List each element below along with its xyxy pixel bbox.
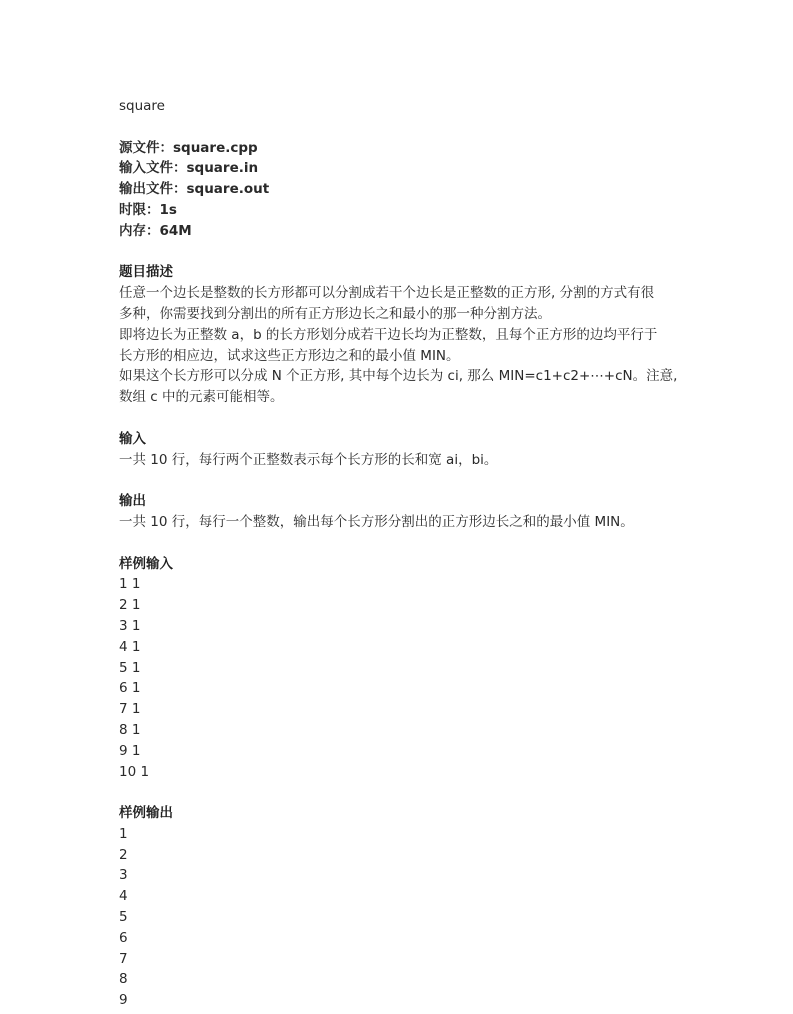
meta-memory-limit: 内存：64M xyxy=(119,221,699,242)
input-heading: 输入 xyxy=(119,429,699,450)
output-section: 输出 一共 10 行，每行一个整数，输出每个长方形分割出的正方形边长之和的最小值… xyxy=(119,491,699,533)
sample-input-heading: 样例输入 xyxy=(119,554,699,575)
sample-output-line: 5 xyxy=(119,907,699,928)
meta-value: square.out xyxy=(187,181,270,197)
document-title: square xyxy=(119,96,699,117)
spacer xyxy=(119,533,699,554)
meta-key: 内存： xyxy=(119,223,160,239)
output-heading: 输出 xyxy=(119,491,699,512)
meta-key: 源文件： xyxy=(119,140,173,156)
description-line: 长方形的相应边，试求这些正方形边之和的最小值 MIN。 xyxy=(119,346,699,367)
meta-key: 输入文件： xyxy=(119,160,187,176)
sample-output-line: 1 xyxy=(119,824,699,845)
description-line: 数组 c 中的元素可能相等。 xyxy=(119,387,699,408)
spacer xyxy=(119,408,699,429)
input-section: 输入 一共 10 行，每行两个正整数表示每个长方形的长和宽 ai，bi。 xyxy=(119,429,699,471)
meta-value: square.in xyxy=(187,160,259,176)
description-heading: 题目描述 xyxy=(119,262,699,283)
sample-input-line: 1 1 xyxy=(119,574,699,595)
sample-input-line: 8 1 xyxy=(119,720,699,741)
sample-input-line: 9 1 xyxy=(119,741,699,762)
sample-output-line: 8 xyxy=(119,969,699,990)
meta-output-file: 输出文件：square.out xyxy=(119,179,699,200)
sample-output-section: 样例输出 1 2 3 4 5 6 7 8 9 xyxy=(119,803,699,1011)
sample-output-line: 3 xyxy=(119,865,699,886)
sample-output-line: 4 xyxy=(119,886,699,907)
document-page: square 源文件：square.cpp 输入文件：square.in 输出文… xyxy=(119,96,699,1011)
meta-input-file: 输入文件：square.in xyxy=(119,158,699,179)
meta-value: square.cpp xyxy=(173,140,258,156)
sample-input-line: 5 1 xyxy=(119,658,699,679)
sample-input-line: 3 1 xyxy=(119,616,699,637)
meta-source-file: 源文件：square.cpp xyxy=(119,138,699,159)
output-text: 一共 10 行，每行一个整数，输出每个长方形分割出的正方形边长之和的最小值 MI… xyxy=(119,512,699,533)
meta-block: 源文件：square.cpp 输入文件：square.in 输出文件：squar… xyxy=(119,138,699,242)
meta-key: 输出文件： xyxy=(119,181,187,197)
spacer xyxy=(119,117,699,138)
sample-input-line: 6 1 xyxy=(119,678,699,699)
description-line: 即将边长为正整数 a，b 的长方形划分成若干边长均为正整数，且每个正方形的边均平… xyxy=(119,325,699,346)
description-section: 题目描述 任意一个边长是整数的长方形都可以分割成若干个边长是正整数的正方形, 分… xyxy=(119,262,699,408)
meta-value: 64M xyxy=(160,223,192,239)
sample-input-section: 样例输入 1 1 2 1 3 1 4 1 5 1 6 1 7 1 8 1 9 1… xyxy=(119,554,699,783)
input-text: 一共 10 行，每行两个正整数表示每个长方形的长和宽 ai，bi。 xyxy=(119,450,699,471)
sample-output-line: 7 xyxy=(119,949,699,970)
spacer xyxy=(119,242,699,263)
description-line: 任意一个边长是整数的长方形都可以分割成若干个边长是正整数的正方形, 分割的方式有… xyxy=(119,283,699,304)
meta-key: 时限： xyxy=(119,202,160,218)
sample-input-line: 2 1 xyxy=(119,595,699,616)
description-line: 如果这个长方形可以分成 N 个正方形, 其中每个边长为 ci, 那么 MIN=c… xyxy=(119,366,699,387)
description-line: 多种，你需要找到分割出的所有正方形边长之和最小的那一种分割方法。 xyxy=(119,304,699,325)
spacer xyxy=(119,470,699,491)
sample-input-line: 10 1 xyxy=(119,762,699,783)
sample-output-heading: 样例输出 xyxy=(119,803,699,824)
meta-time-limit: 时限：1s xyxy=(119,200,699,221)
sample-output-line: 2 xyxy=(119,845,699,866)
sample-input-line: 4 1 xyxy=(119,637,699,658)
sample-output-line: 9 xyxy=(119,990,699,1011)
meta-value: 1s xyxy=(160,202,177,218)
sample-output-line: 6 xyxy=(119,928,699,949)
sample-input-line: 7 1 xyxy=(119,699,699,720)
spacer xyxy=(119,782,699,803)
